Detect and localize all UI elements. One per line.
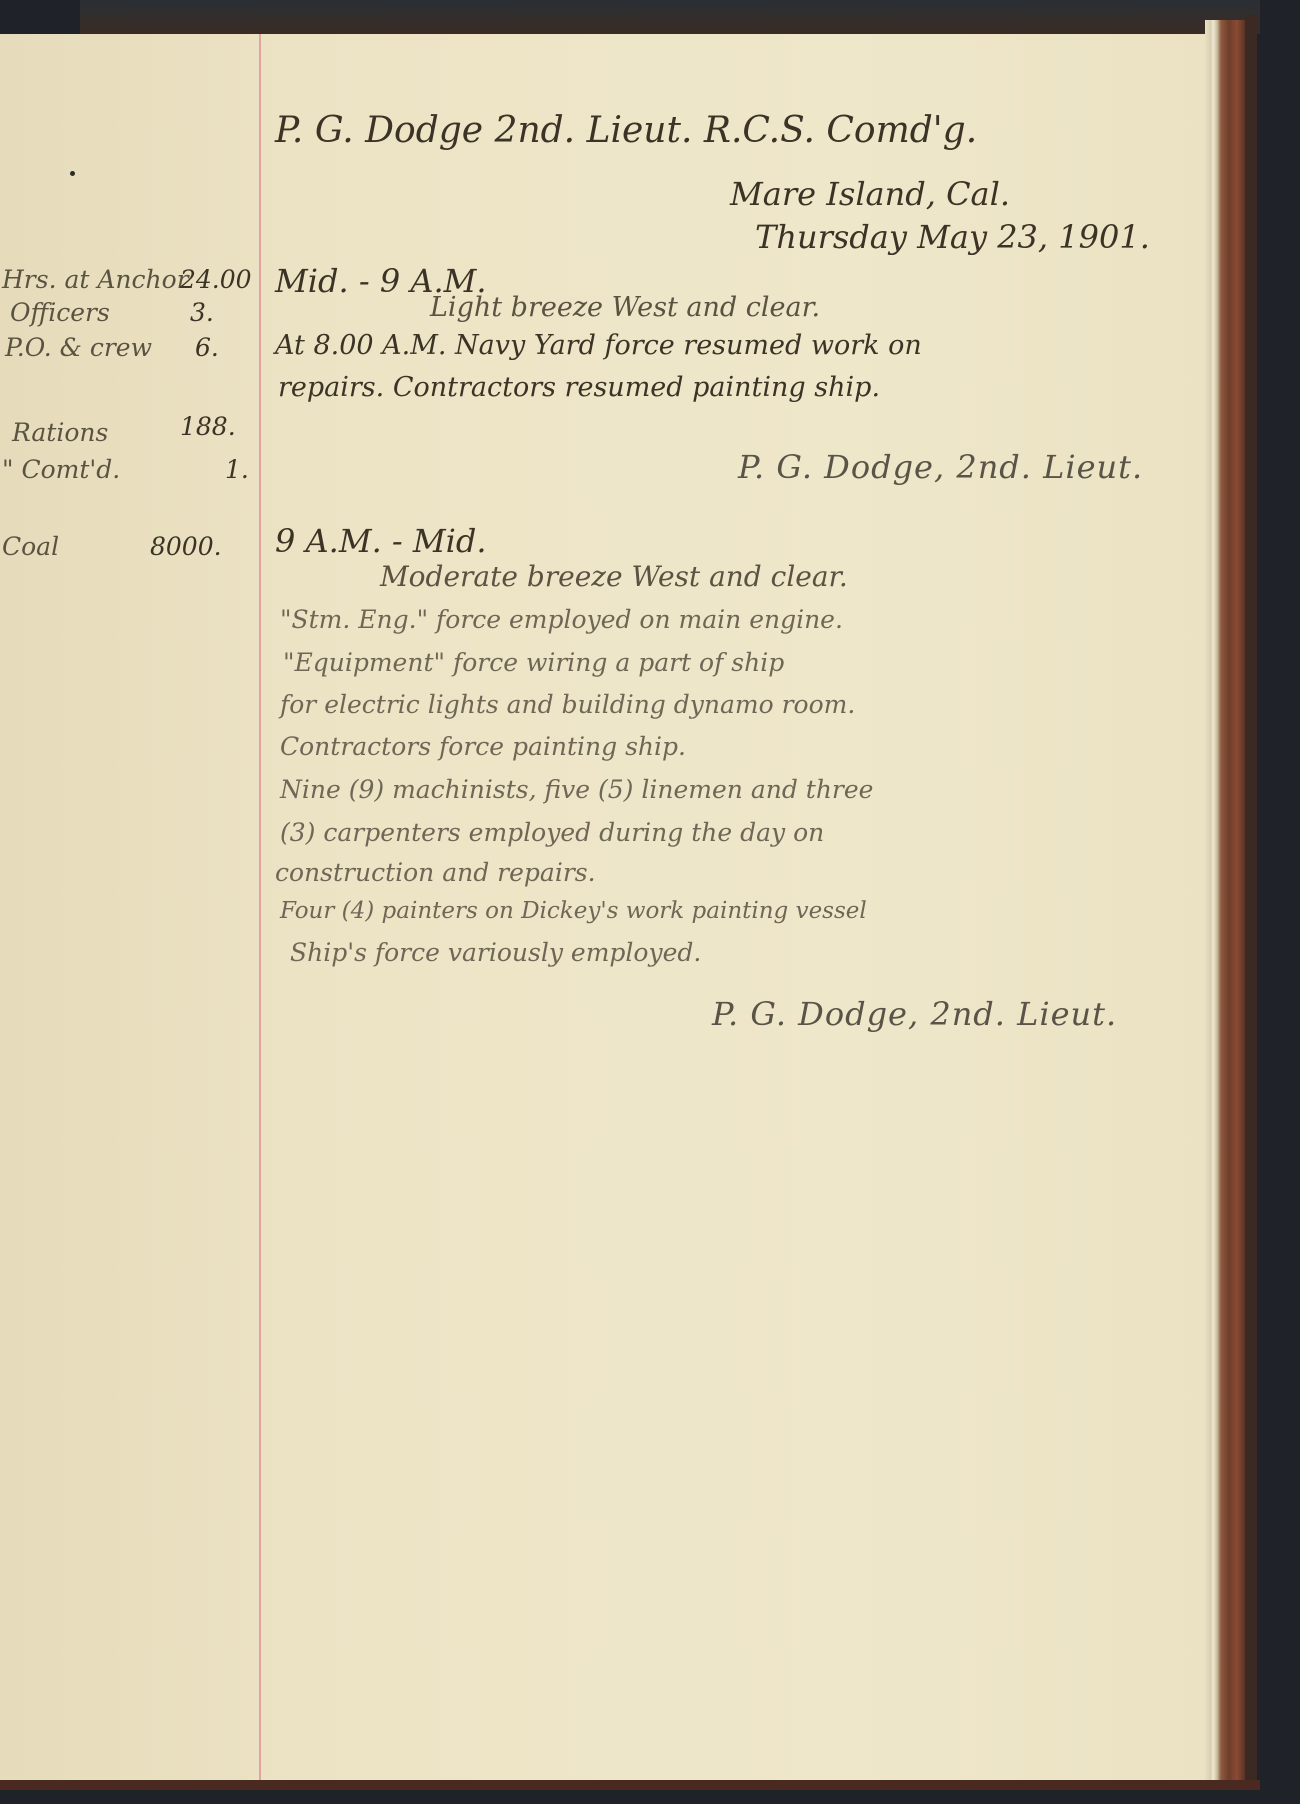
margin-value: 24.00: [180, 265, 252, 294]
margin-value: 3.: [190, 298, 214, 327]
margin-label: P.O. & crew: [5, 333, 152, 362]
entry-line: Nine (9) machinists, five (5) linemen an…: [280, 775, 873, 804]
entry-line: for electric lights and building dynamo …: [280, 690, 855, 719]
margin-rule-line: [259, 34, 261, 1780]
entry-line: repairs. Contractors resumed painting sh…: [278, 372, 880, 403]
margin-value: 1.: [225, 455, 249, 484]
margin-value: 6.: [195, 333, 219, 362]
commanding-officer-heading: P. G. Dodge 2nd. Lieut. R.C.S. Comd'g.: [275, 110, 977, 151]
margin-value: 188.: [180, 412, 236, 441]
entry-line: "Stm. Eng." force employed on main engin…: [280, 605, 843, 634]
entry-line: construction and repairs.: [275, 858, 596, 887]
margin-label: " Comt'd.: [2, 455, 120, 484]
entry-line: "Equipment" force wiring a part of ship: [283, 648, 784, 677]
book-cover-bottom: [0, 1780, 1260, 1790]
margin-label: Rations: [12, 418, 108, 447]
margin-label: Hrs. at Anchor: [2, 265, 189, 294]
page-edges: [1205, 20, 1245, 1785]
margin-value: 8000.: [150, 532, 222, 561]
book-cover-top: [80, 0, 1260, 34]
officer-signature: P. G. Dodge, 2nd. Lieut.: [712, 995, 1117, 1033]
date-line: Thursday May 23, 1901.: [755, 218, 1150, 256]
watch-heading: 9 A.M. - Mid.: [275, 522, 487, 560]
entry-line: Contractors force painting ship.: [280, 732, 686, 761]
officer-signature: P. G. Dodge, 2nd. Lieut.: [738, 448, 1143, 486]
entry-line: Four (4) painters on Dickey's work paint…: [280, 898, 867, 924]
entry-line: Ship's force variously employed.: [290, 938, 701, 967]
margin-label: Officers: [10, 298, 110, 327]
ink-dot: [70, 171, 75, 176]
entry-line: (3) carpenters employed during the day o…: [280, 818, 824, 847]
entry-line: At 8.00 A.M. Navy Yard force resumed wor…: [275, 330, 922, 361]
margin-label: Coal: [2, 532, 59, 561]
weather-line: Light breeze West and clear.: [430, 292, 820, 323]
book-cover-edge: [1245, 15, 1257, 1790]
location-line: Mare Island, Cal.: [730, 175, 1010, 213]
weather-line: Moderate breeze West and clear.: [380, 560, 848, 593]
